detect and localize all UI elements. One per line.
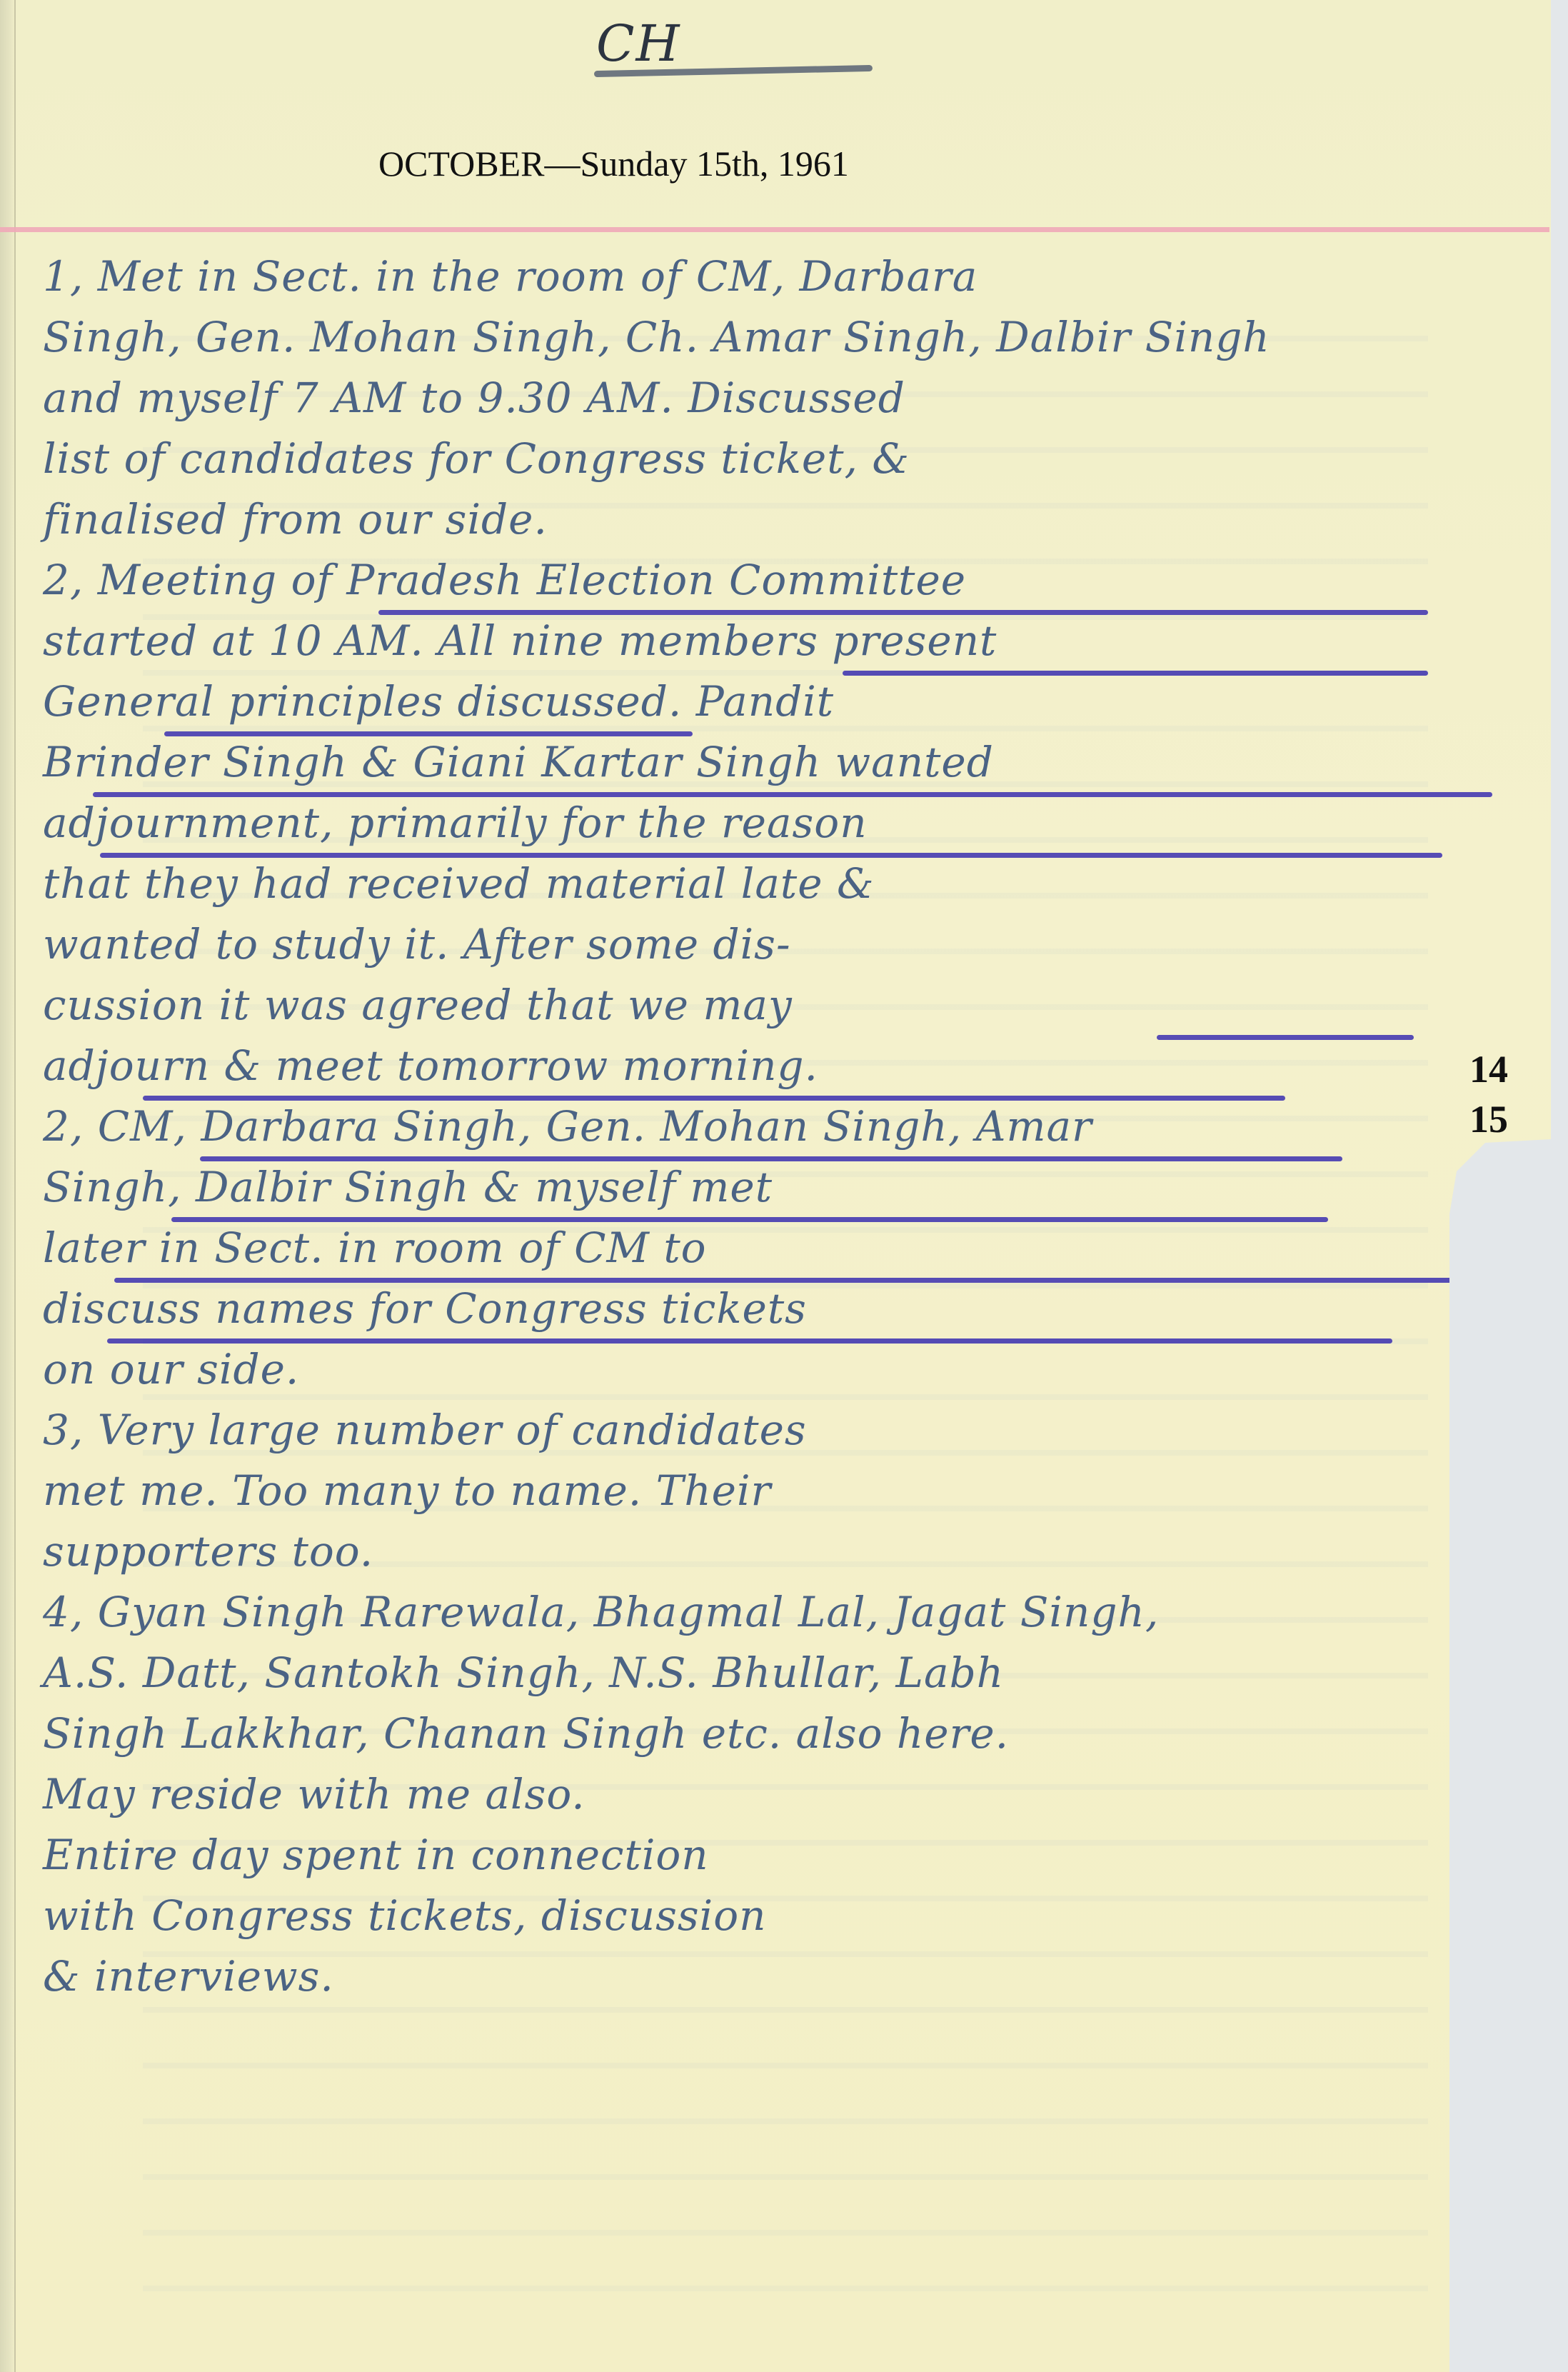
handwritten-line: with Congress tickets, discussion bbox=[43, 1886, 1442, 1946]
thumb-index-tab: 14 15 bbox=[1469, 1044, 1508, 1144]
handwritten-line: 3, Very large number of candidates bbox=[43, 1400, 1442, 1461]
diary-page: CH OCTOBER—Sunday 15th, 1961 14 15 1, Me… bbox=[0, 0, 1568, 2372]
handwritten-line: 4, Gyan Singh Rarewala, Bhagmal Lal, Jag… bbox=[43, 1582, 1442, 1643]
pink-rule-line bbox=[0, 227, 1549, 232]
tab-number-14: 14 bbox=[1469, 1044, 1508, 1094]
handwritten-line: supporters too. bbox=[43, 1521, 1442, 1582]
handwritten-line: met me. Too many to name. Their bbox=[43, 1461, 1442, 1521]
handwritten-line: & interviews. bbox=[43, 1946, 1442, 2007]
page-gutter bbox=[0, 0, 16, 2372]
handwritten-line: May reside with me also. bbox=[43, 1764, 1442, 1825]
handwritten-line: cussion it was agreed that we may bbox=[43, 975, 1442, 1036]
handwritten-line: adjourn & meet tomorrow morning. bbox=[43, 1036, 1442, 1096]
tab-number-15: 15 bbox=[1469, 1094, 1508, 1144]
handwritten-entries: 1, Met in Sect. in the room of CM, Darba… bbox=[43, 246, 1442, 2007]
handwritten-line: list of candidates for Congress ticket, … bbox=[43, 429, 1442, 489]
handwritten-line: Brinder Singh & Giani Kartar Singh wante… bbox=[43, 732, 1442, 793]
handwritten-line: 2, CM, Darbara Singh, Gen. Mohan Singh, … bbox=[43, 1096, 1442, 1157]
handwritten-line: A.S. Datt, Santokh Singh, N.S. Bhullar, … bbox=[43, 1643, 1442, 1703]
handwritten-line: General principles discussed. Pandit bbox=[43, 671, 1442, 732]
header-mark: CH bbox=[596, 14, 681, 73]
handwritten-line: discuss names for Congress tickets bbox=[43, 1278, 1442, 1339]
handwritten-line: and myself 7 AM to 9.30 AM. Discussed bbox=[43, 368, 1442, 429]
handwritten-line: wanted to study it. After some dis- bbox=[43, 914, 1442, 975]
handwritten-line: Singh, Dalbir Singh & myself met bbox=[43, 1157, 1442, 1218]
handwritten-line: adjournment, primarily for the reason bbox=[43, 793, 1442, 854]
handwritten-line: that they had received material late & bbox=[43, 854, 1442, 914]
handwritten-line: on our side. bbox=[43, 1339, 1442, 1400]
handwritten-line: 1, Met in Sect. in the room of CM, Darba… bbox=[43, 246, 1442, 307]
handwritten-line: Singh, Gen. Mohan Singh, Ch. Amar Singh,… bbox=[43, 307, 1442, 368]
handwritten-line: finalised from our side. bbox=[43, 489, 1442, 550]
handwritten-line: started at 10 AM. All nine members prese… bbox=[43, 611, 1442, 671]
handwritten-line: later in Sect. in room of CM to bbox=[43, 1218, 1442, 1278]
handwritten-line: Entire day spent in connection bbox=[43, 1825, 1442, 1886]
date-heading: OCTOBER—Sunday 15th, 1961 bbox=[378, 143, 849, 184]
handwritten-line: Singh Lakkhar, Chanan Singh etc. also he… bbox=[43, 1703, 1442, 1764]
handwritten-line: 2, Meeting of Pradesh Election Committee bbox=[43, 550, 1442, 611]
